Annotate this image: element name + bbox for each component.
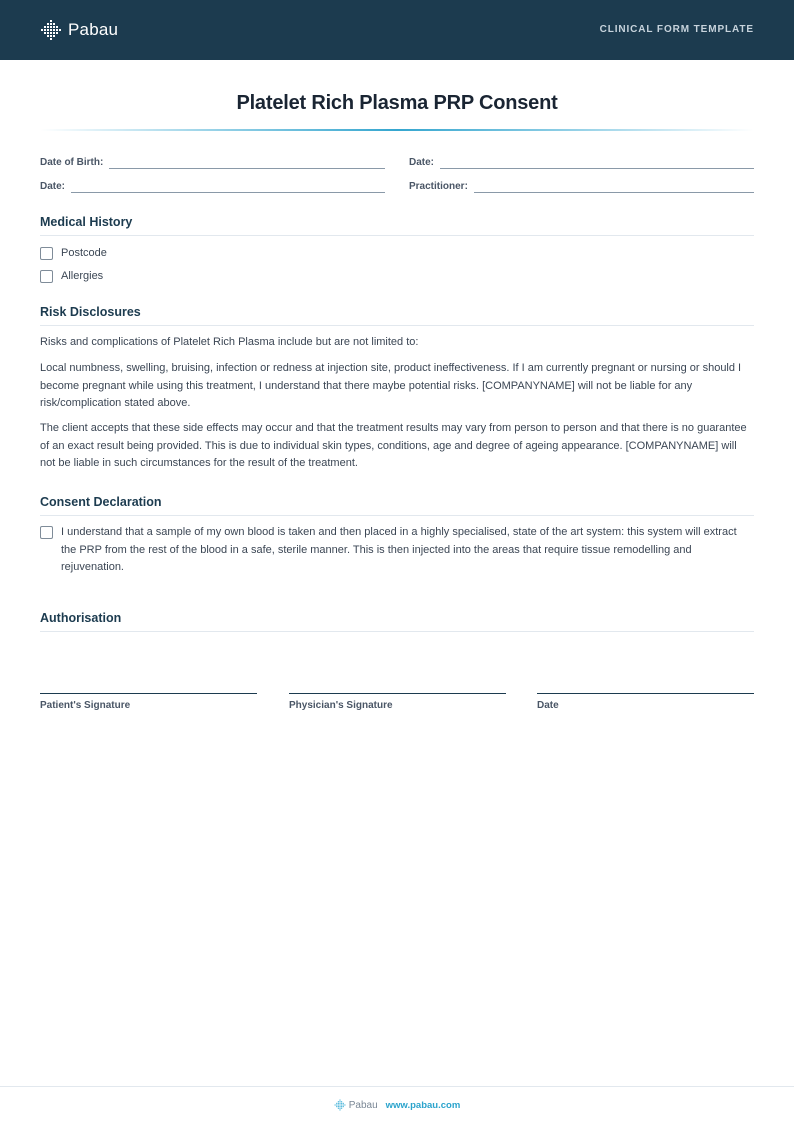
date-of-birth-field[interactable]: Date of Birth: xyxy=(40,155,385,169)
checkbox-allergies[interactable]: Allergies xyxy=(40,269,103,284)
page-title: Platelet Rich Plasma PRP Consent xyxy=(0,92,794,115)
patient-signature-field[interactable]: Patient's Signature xyxy=(40,693,257,711)
signature-label: Date xyxy=(537,700,754,711)
checkbox-icon[interactable] xyxy=(40,247,53,260)
date-field-bottom[interactable]: Date: xyxy=(40,179,385,193)
date-label-top: Date: xyxy=(409,157,434,169)
risk-disclosures-heading: Risk Disclosures xyxy=(40,305,754,326)
footer-brand-name: Pabau xyxy=(349,1100,378,1111)
practitioner-field[interactable]: Practitioner: xyxy=(409,179,754,193)
signature-line[interactable] xyxy=(40,693,257,694)
footer-divider xyxy=(0,1086,794,1087)
practitioner-label: Practitioner: xyxy=(409,181,468,193)
brand-logo: Pabau xyxy=(40,19,118,41)
pabau-logo-icon xyxy=(334,1099,346,1111)
consent-declaration-heading: Consent Declaration xyxy=(40,495,754,516)
risk-intro-paragraph: Risks and complications of Platelet Rich… xyxy=(40,334,754,352)
date-input-top[interactable] xyxy=(440,158,754,169)
page-footer: Pabau www.pabau.com xyxy=(0,1099,794,1111)
checkbox-label: Allergies xyxy=(61,269,103,284)
signature-line[interactable] xyxy=(289,693,506,694)
date-of-birth-input[interactable] xyxy=(109,158,385,169)
medical-history-heading: Medical History xyxy=(40,215,754,236)
signature-label: Patient's Signature xyxy=(40,700,257,711)
page-header: Pabau CLINICAL FORM TEMPLATE xyxy=(0,0,794,60)
authorisation-heading: Authorisation xyxy=(40,611,754,632)
signature-line[interactable] xyxy=(537,693,754,694)
risk-acceptance-paragraph: The client accepts that these side effec… xyxy=(40,420,754,473)
checkbox-postcode[interactable]: Postcode xyxy=(40,246,107,261)
date-of-birth-label: Date of Birth: xyxy=(40,157,103,169)
checkbox-icon[interactable] xyxy=(40,270,53,283)
footer-brand-logo: Pabau xyxy=(334,1099,378,1111)
brand-name: Pabau xyxy=(68,20,118,40)
pabau-logo-icon xyxy=(40,19,62,41)
physician-signature-field[interactable]: Physician's Signature xyxy=(289,693,506,711)
date-field-top[interactable]: Date: xyxy=(409,155,754,169)
date-input-bottom[interactable] xyxy=(71,182,385,193)
practitioner-input[interactable] xyxy=(474,182,754,193)
date-label-bottom: Date: xyxy=(40,181,65,193)
signature-label: Physician's Signature xyxy=(289,700,506,711)
template-label: CLINICAL FORM TEMPLATE xyxy=(600,24,754,35)
consent-checkbox-row[interactable]: I understand that a sample of my own blo… xyxy=(40,524,754,577)
title-divider xyxy=(40,129,754,131)
risk-list-paragraph: Local numbness, swelling, bruising, infe… xyxy=(40,360,754,413)
website-link[interactable]: www.pabau.com xyxy=(386,1100,461,1111)
consent-statement: I understand that a sample of my own blo… xyxy=(61,524,754,577)
signature-date-field[interactable]: Date xyxy=(537,693,754,711)
checkbox-label: Postcode xyxy=(61,246,107,261)
consent-checkbox[interactable] xyxy=(40,526,53,539)
